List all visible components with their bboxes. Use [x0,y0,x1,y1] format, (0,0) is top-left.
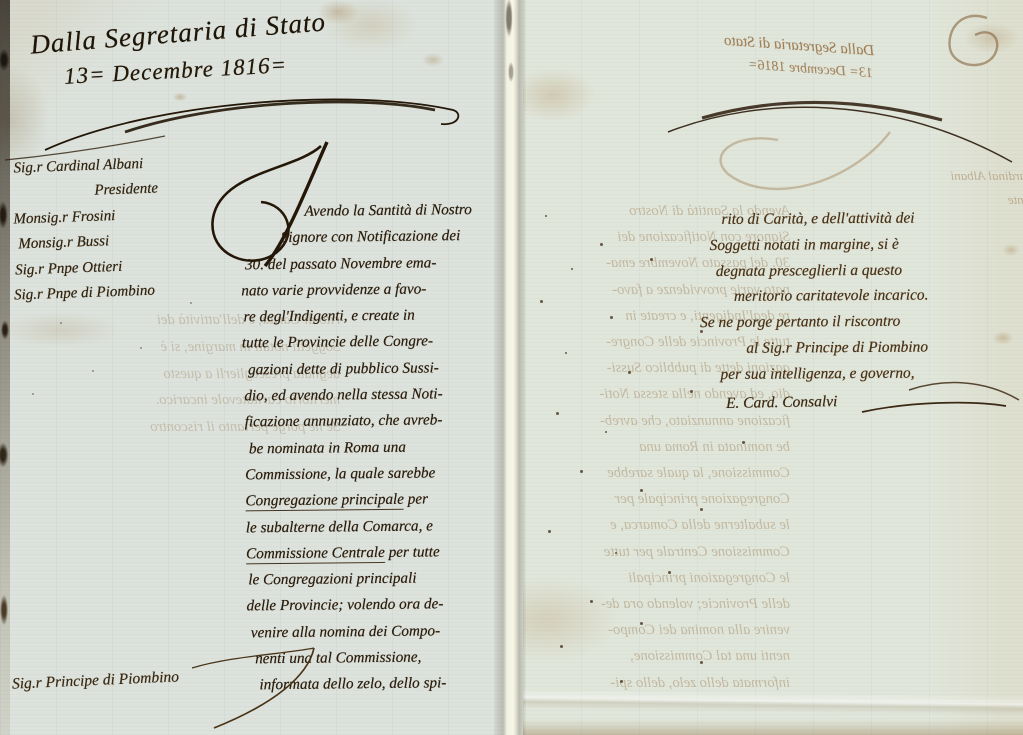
ink-speck [600,243,603,246]
signature-consalvi: E. Card. Consalvi [726,393,838,413]
bleedthrough-line: Commissione, la quale sarebbe [607,465,790,482]
manuscript-line: be nominata in Roma una [243,437,505,466]
ink-speck [640,622,643,625]
underlined-phrase: Commissione Centrale [246,544,385,564]
showthrough-flourish-arc [640,88,1023,218]
signature-flourish [858,396,1010,422]
page-right: Dalla Segretaria di Stato 13= Decembre 1… [523,0,1023,735]
ink-speck [640,489,643,492]
bleedthrough-line: Congregazione principale per [615,491,790,508]
phrase: ficazione annunziato, che avreb- [245,412,443,431]
bleedthrough-line: nenti una tal Commissione, [630,648,790,665]
ink-speck [605,431,607,433]
page-gutter [494,0,526,735]
manuscript-line: tutte le Provincie delle Congre- [242,332,505,361]
paper-crease [523,689,1023,722]
phrase: Commissione, la quale sarebbe [245,464,435,483]
ink-speck [565,352,567,354]
bleedthrough-line: Commissione Centrale per tutte [604,544,790,561]
ink-speck [540,300,543,303]
bleedthrough-line: le Congregazioni principali [628,570,790,587]
bleedthrough-line: informata dello zelo, dello spi- [610,675,790,692]
manuscript-line: le subalterne della Comarca, e [244,516,505,545]
ink-speck [545,215,547,217]
phrase: Avendo la Santità di Nostro [304,201,472,220]
phrase: be nominata in Roma una [249,438,406,457]
ink-speck [742,441,745,444]
manuscript-line: meritorio caritatevole incarico. [690,286,1020,314]
phrase: re degl'Indigenti, e create in [243,307,414,326]
manuscript-line: degnata presceglierli a questo [690,260,1020,288]
phrase: Signore con Notificazione dei [281,227,461,246]
ink-speck [650,258,653,261]
showthrough-addressee: Presidente [1008,192,1023,208]
manuscript-line: re degl'Indigenti, e create in [241,306,505,335]
phrase: gazioni dette di pubblico Sussi- [248,359,439,378]
manuscript-line: Congregazione principale per [243,490,505,519]
footer-flourish [188,638,323,733]
header-line-2: 13= Decembre 1816= [63,52,287,90]
manuscript-line: al Sig.r Principe di Piombino [690,338,1020,366]
ink-speck [590,600,593,603]
addressee-line: Sig.r Pnpe di Piombino [14,282,162,313]
manuscript-line: rito di Carità, e dell'attività dei [689,209,1019,237]
addressee-list: Sig.r Cardinal AlbaniPresidenteMonsig.r … [9,155,162,312]
phrase: per tutte [385,543,440,561]
footer-addressee: Sig.r Principe di Piombino [12,668,180,693]
ink-speck [615,552,617,554]
manuscript-line: 30. del passato Novembre ema- [241,253,505,282]
phrase: 30. del passato Novembre ema- [245,254,437,273]
ink-speck [580,470,583,473]
manuscript-line: dio, ed avendo nella stessa Noti- [242,385,505,414]
bleedthrough-line: delle Provincie; volendo ora de- [601,596,790,613]
bleedthrough-line: venire alla nomina dei Compo- [608,622,790,639]
ink-speck [571,268,573,270]
ink-speck [560,645,563,648]
ink-speck [140,347,142,349]
bleedthrough-line: be nominata in Roma una [639,439,790,456]
phrase: le subalterne della Comarca, e [246,517,433,536]
bleedthrough-line: le subalterne della Comarca, e [610,517,790,534]
manuscript-line: Commissione, la quale sarebbe [243,464,505,493]
showthrough-addressee: Sig.r Cardinal Albani [951,168,1023,184]
manuscript-line: delle Provincie; volendo ora de- [245,595,505,624]
phrase: le Congregazioni principali [248,570,416,589]
phrase: nato varie provvidenze a favo- [241,280,426,299]
ink-speck [32,393,34,395]
ink-speck [700,661,703,664]
phrase: per [404,491,428,508]
manuscript-line: Soggetti notati in margine, si è [690,235,1020,263]
manuscript-line: nato varie provvidenze a favo- [241,279,505,308]
ink-speck [668,571,671,574]
manuscript-line: Commissione Centrale per tutte [244,542,505,571]
phrase: dio, ed avendo nella stessa Noti- [244,385,442,404]
underlined-phrase: Congregazione principale [245,491,404,512]
showthrough-header-line-1: Dalla Segretaria di Stato [723,33,875,60]
ink-speck [60,322,62,324]
archival-circle-mark [943,8,1013,76]
ink-speck [628,371,631,374]
manuscript-line: le Congregazioni principali [244,569,505,598]
ink-speck [610,316,613,319]
ink-speck [190,302,192,304]
left-body-text: Avendo la Santità di NostroSignore con N… [240,201,505,703]
manuscript-line: Se ne porge pertanto il riscontro [690,312,1020,340]
manuscript-line: ficazione annunziato, che avreb- [243,411,505,440]
binding-edge [0,0,10,735]
manuscript-line: Avendo la Santità di Nostro [240,201,505,230]
page-left: rito di Carità, e dell'attività deiSogge… [0,0,505,735]
showthrough-header: Dalla Segretaria di Stato 13= Decembre 1… [722,33,875,82]
ink-speck [92,370,94,372]
right-body-text: rito di Carità, e dell'attività deiSogge… [689,209,1020,392]
ink-speck [548,530,551,533]
manuscript-line: Signore con Notificazione dei [241,227,505,256]
showthrough-header-line-2: 13= Decembre 1816= [732,56,873,82]
manuscript-scan: rito di Carità, e dell'attività deiSogge… [0,0,1023,735]
ink-speck [556,412,559,415]
phrase: delle Provincie; volendo ora de- [247,596,444,615]
phrase: tutte le Provincie delle Congre- [242,333,433,352]
manuscript-line: gazioni dette di pubblico Sussi- [242,358,505,387]
ink-speck [620,680,623,683]
ink-speck [700,508,703,511]
bleedthrough-line: ficazione annunziato, che avreb- [600,413,790,430]
